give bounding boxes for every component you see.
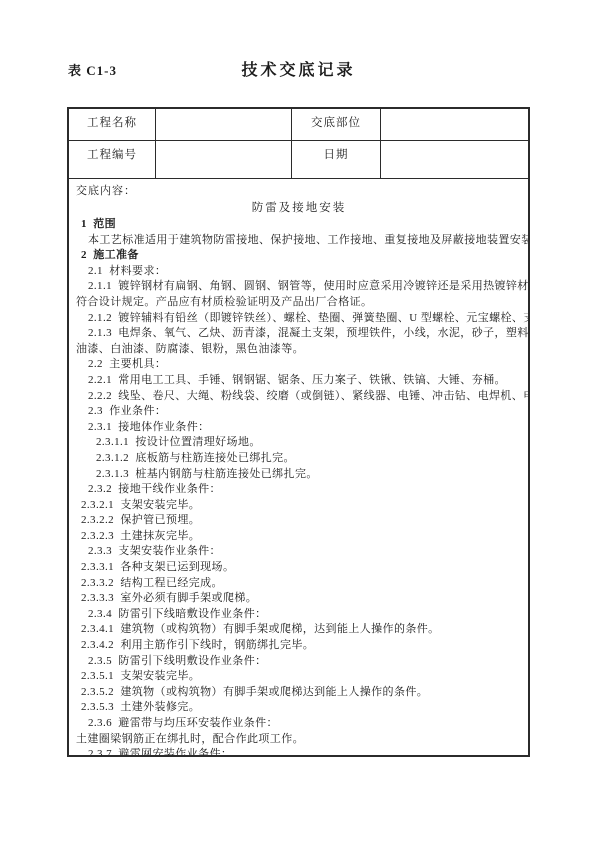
content-line: 符合设计规定。产品应有材质检验证明及产品出厂合格证。 [74,295,524,311]
content-line: 2.1.2 镀锌辅料有铅丝（即镀锌铁丝）、螺栓、垫圈、弹簧垫圈、U 型螺栓、元宝… [74,311,524,327]
content-line: 2.2 主要机具： [74,357,524,373]
content-line: 2.3.3.1 各种支架已运到现场。 [74,560,524,576]
content-line: 2.3.2 接地干线作业条件： [74,482,524,498]
content-line: 2.3 作业条件： [74,404,524,420]
content-line: 2.3.1 接地体作业条件： [74,420,524,436]
field-value-project-number [156,141,292,179]
content-label: 交底内容： [74,183,524,199]
content-lines: 1 范围本工艺标准适用于建筑物防雷接地、保护接地、工作接地、重复接地及屏蔽接地装… [74,217,524,755]
content-line: 油漆、白油漆、防腐漆、银粉，黑色油漆等。 [74,342,524,358]
document-header: 表 C1-3 技术交底记录 [67,57,530,79]
content-line: 2.3.4 防雷引下线暗敷设作业条件： [74,607,524,623]
disclosure-content-cell: 交底内容： 防雷及接地安装 1 范围本工艺标准适用于建筑物防雷接地、保护接地、工… [69,179,528,755]
content-line: 2.3.2.3 土建抹灰完毕。 [74,529,524,545]
content-line: 2.3.2.1 支架安装完毕。 [74,498,524,514]
content-line: 2.3.6 避雷带与均压环安装作业条件： [74,716,524,732]
page-title: 技术交底记录 [67,57,530,80]
field-label-project-number: 工程编号 [69,141,156,179]
content-line: 2.1 材料要求： [74,264,524,280]
content-line: 2 施工准备 [74,248,524,264]
content-line: 2.3.3.3 室外必须有脚手架或爬梯。 [74,591,524,607]
form-header-grid: 工程名称 交底部位 工程编号 日期 [69,109,528,179]
content-line: 2.3.2.2 保护管已预埋。 [74,513,524,529]
field-label-disclosure-part: 交底部位 [292,109,381,141]
content-line: 2.3.5 防雷引下线明敷设作业条件： [74,654,524,670]
content-line: 2.3.5.2 建筑物（或构筑物）有脚手架或爬梯达到能上人操作的条件。 [74,685,524,701]
content-line: 1 范围 [74,217,524,233]
content-subject-title: 防雷及接地安装 [74,199,524,217]
content-line: 2.2.1 常用电工工具、手锤、钢钢锯、锯条、压力案子、铁锹、铁镐、大锤、夯桶。 [74,373,524,389]
field-label-project-name: 工程名称 [69,109,156,141]
content-line: 2.3.3 支架安装作业条件： [74,544,524,560]
content-line: 2.3.7 避雷网安装作业条件： [74,747,524,755]
content-line: 本工艺标准适用于建筑物防雷接地、保护接地、工作接地、重复接地及屏蔽接地装置安装工… [74,233,524,249]
content-line: 2.3.3.2 结构工程已经完成。 [74,576,524,592]
field-label-date: 日期 [292,141,381,179]
content-line: 2.1.3 电焊条、氧气、乙炔、沥青漆，混凝土支架，预埋铁件，小线，水泥，砂子，… [74,326,524,342]
content-line: 土建圈梁钢筋正在绑扎时，配合作此项工作。 [74,732,524,748]
content-line: 2.3.5.1 支架安装完毕。 [74,669,524,685]
field-value-date [381,141,528,179]
content-line: 2.3.1.3 桩基内钢筋与柱筋连接处已绑扎完。 [74,467,524,483]
field-value-disclosure-part [381,109,528,141]
content-line: 2.3.4.2 利用主筋作引下线时，钢筋绑扎完毕。 [74,638,524,654]
field-value-project-name [156,109,292,141]
content-line: 2.2.2 线坠、卷尺、大绳、粉线袋、绞磨（或倒链）、紧线器、电锤、冲击钻、电焊… [74,389,524,405]
content-line: 2.3.1.1 按设计位置清理好场地。 [74,435,524,451]
content-line: 2.3.1.2 底板筋与柱筋连接处已绑扎完。 [74,451,524,467]
content-line: 2.1.1 镀锌钢材有扁钢、角钢、圆钢、钢管等，使用时应意采用冷镀锌还是采用热镀… [74,279,524,295]
disclosure-form-table: 工程名称 交底部位 工程编号 日期 交底内容： 防雷及接地安装 1 范围本工艺标… [67,107,530,757]
content-line: 2.3.4.1 建筑物（或构筑物）有脚手架或爬梯，达到能上人操作的条件。 [74,622,524,638]
content-line: 2.3.5.3 土建外装修完。 [74,700,524,716]
